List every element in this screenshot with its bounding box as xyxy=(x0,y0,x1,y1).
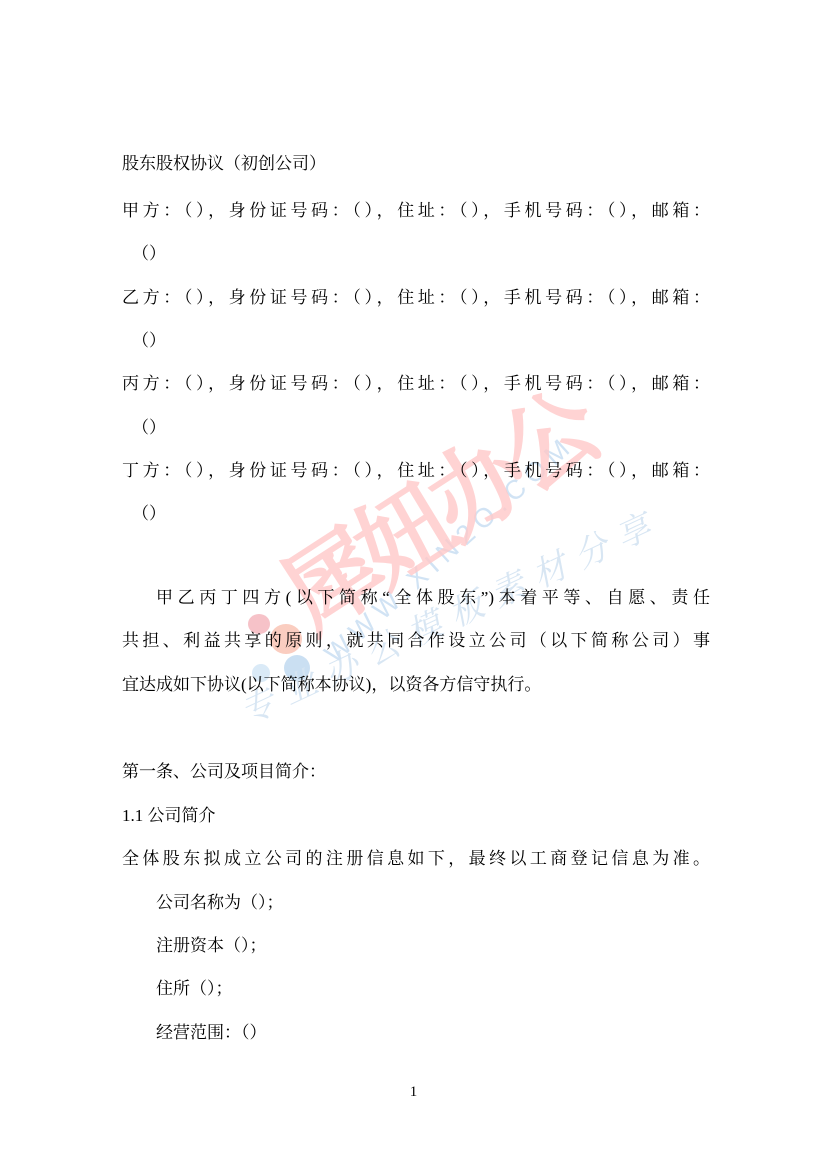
party-ding-line2: （） xyxy=(122,502,720,525)
doc-title: 股东股权协议（初创公司） xyxy=(122,152,710,175)
intro-line3: 宜达成如下协议(以下简称本协议)，以资各方信守执行。 xyxy=(122,673,710,696)
registered-capital-item: 注册资本（）； xyxy=(122,934,744,957)
party-bing-line2: （） xyxy=(122,416,720,439)
party-yi-line2: （） xyxy=(122,329,720,352)
party-jia-line2: （） xyxy=(122,242,720,265)
document-content: 股东股权协议（初创公司） 甲方：（），身份证号码：（），住址：（），手机号码：（… xyxy=(0,0,827,1169)
party-yi-line1: 乙方：（），身份证号码：（），住址：（），手机号码：（），邮箱： xyxy=(122,286,710,309)
section1-heading: 第一条、公司及项目简介： xyxy=(122,760,710,783)
business-scope-item: 经营范围：（） xyxy=(122,1021,744,1044)
section1-body: 全体股东拟成立公司的注册信息如下，最终以工商登记信息为准。 xyxy=(122,847,710,870)
domicile-item: 住所（）； xyxy=(122,977,744,1000)
party-ding-line1: 丁方：（），身份证号码：（），住址：（），手机号码：（），邮箱： xyxy=(122,459,710,482)
section1-sub-heading: 1.1 公司简介 xyxy=(122,804,710,827)
page-number: 1 xyxy=(0,1082,827,1102)
intro-line2: 共担、利益共享的原则，就共同合作设立公司（以下简称公司）事 xyxy=(122,629,710,652)
intro-line1: 甲乙丙丁四方(以下简称“全体股东”)本着平等、自愿、责任 xyxy=(122,586,710,609)
document-page: 专业办公模板素材分享 WWW.XIN2O.COM 犀妞办公 股东股权协议（初创公… xyxy=(0,0,827,1169)
party-bing-line1: 丙方：（），身份证号码：（），住址：（），手机号码：（），邮箱： xyxy=(122,372,710,395)
party-jia-line1: 甲方：（），身份证号码：（），住址：（），手机号码：（），邮箱： xyxy=(122,199,710,222)
company-name-item: 公司名称为（）； xyxy=(122,891,744,914)
